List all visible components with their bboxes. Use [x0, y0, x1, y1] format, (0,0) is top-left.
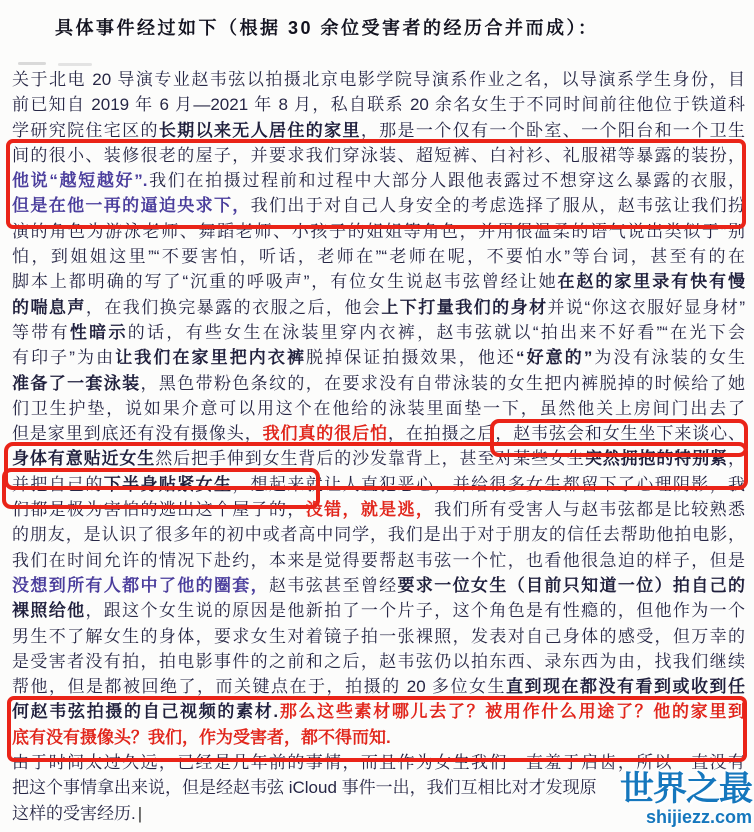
body-text: 等带有: [12, 323, 70, 342]
body-text: 的话，有些女生在泳装里穿内衣裤，赵韦弦就以“拍出来不好看”“在光下会: [128, 323, 745, 342]
watermark-brand: 世界之最: [620, 772, 752, 806]
bold-emphasis-text: “好意的”: [516, 348, 592, 367]
body-text: 我们所有受害人与赵韦弦都是比较熟悉: [434, 500, 745, 519]
text-line: 帮他，但是都被回绝了，而关键点在于，拍摄的 20 多位女生直到现在都没有看到或收…: [12, 674, 745, 699]
body-text: 赵韦弦甚至曾经: [269, 576, 398, 595]
body-text: ，: [728, 449, 745, 468]
text-line: 们都是极为害怕的逃出这个屋子的，没错，就是逃，我们所有受害人与赵韦弦都是比较熟悉: [12, 497, 745, 522]
body-text: 把这个事情拿出来说，但是经赵韦弦 iCloud 事件一出，我们互相比对才发现原: [12, 778, 597, 797]
text-line: 间的很小、装修很老的屋子，并要求我们穿泳装、超短裤、白衬衫、礼服裙等暴露的装扮，: [12, 143, 745, 168]
violet-emphasis-text: 没想到所有人都中了他的圈套，: [12, 576, 269, 595]
body-text: 演的角色为游泳老师、舞蹈老师、小孩子的姐姐等角色，并用很温柔的语气说出类似于“别: [12, 222, 745, 241]
bold-emphasis-text: 长期以来无人居住的家里: [159, 121, 361, 140]
text-line: 等带有性暗示的话，有些女生在泳装里穿内衣裤，赵韦弦就以“拍出来不好看”“在光下会: [12, 320, 745, 345]
red-emphasis-text: 那么这些素材哪儿去了？被用作什么用途了？他的家里到: [278, 702, 745, 721]
bold-emphasis-text: 让我们在家里把内衣裤: [115, 348, 306, 367]
body-text: 关于北电 20 导演专业赵韦弦以拍摄北京电影学院导演系作业之名，以导演系学生身份…: [12, 70, 745, 89]
bold-emphasis-text: 直到现在都没有看到或收到任: [506, 677, 745, 696]
text-line: 的喘息声，在我们换完暴露的衣服之后，他会上下打量我们的身材并说“你这衣服好显身材…: [12, 295, 745, 320]
bold-emphasis-text: 的喘息声: [12, 298, 86, 317]
body-text: 我们出于对自己人身安全的考虑选择了服从，赵韦弦让我们扮: [251, 196, 745, 215]
body-text: 是受害者没有拍，拍电影事件的之前和之后，赵韦弦仍以拍东西、录东西为由，找我们继续: [12, 652, 745, 671]
bold-emphasis-text: 下半身贴紧女生: [104, 475, 233, 494]
bold-emphasis-text: 身体有意贴近女生: [12, 449, 155, 468]
body-text: 的朋友，是认识了很多年的初中或者高中同学，我们是出于对于朋友的信任去帮助他拍电影…: [12, 525, 745, 544]
body-text: 这样的受害经历.: [12, 804, 136, 823]
body-text: 前已知自 2019 年 6 月—2021 年 8 月，私自联系 20 余名女生于…: [12, 95, 745, 114]
watermark-site: shijiezz.com: [620, 808, 752, 826]
bold-emphasis-text: 上下打量我们的身材: [381, 298, 547, 317]
violet-emphasis-text: 但是在他一再的逼迫央求下，: [12, 196, 251, 215]
body-text: 学研究院住宅区的: [12, 121, 159, 140]
body-text: 男生不了解女生的身体，要求女生对着镜子拍一张裸照，发表对自己身体的感受，但万幸的: [12, 627, 745, 646]
text-line: 裸照给他，跟这个女生说的原因是他新拍了一个片子，这个角色是有性瘾的，但他作为一个: [12, 598, 745, 623]
body-text: 为没有泳装的女生: [592, 348, 745, 367]
text-line: 是受害者没有拍，拍电影事件的之前和之后，赵韦弦仍以拍东西、录东西为由，找我们继续: [12, 649, 745, 674]
body-text: 我们在时间允许的情况下赴约，本来是觉得要帮赵韦弦一个忙，也看他很急迫的样子，但是: [12, 551, 745, 570]
text-line: 们卫生护垫，说如果介意可以用这个在他给的泳装里面垫一下，虽然他关上房间门出去了: [12, 396, 745, 421]
text-line: 准备了一套泳装，黑色带粉色条纹的，在要求没有自带泳装的女生把内裤脱掉的时候给了她: [12, 371, 745, 396]
body-text: 们都是极为害怕的逃出这个屋子的，: [12, 500, 306, 519]
text-line: 底有没有摄像头？我们，作为受害者，都不得而知.: [12, 725, 745, 750]
text-line: 学研究院住宅区的长期以来无人居住的家里，那是一个仅有一个卧室、一个阳台和一个卫生: [12, 118, 745, 143]
text-cursor: |: [138, 804, 142, 823]
body-text: 并把自己的: [12, 475, 104, 494]
document-body: 关于北电 20 导演专业赵韦弦以拍摄北京电影学院导演系作业之名，以导演系学生身份…: [12, 67, 745, 826]
body-text: 脚本上都明确的写了“沉重的呼吸声”，有位女生说赵韦弦曾经让她: [12, 272, 558, 291]
body-text: 有印子”为由: [12, 348, 115, 367]
text-line: 身体有意贴近女生然后把手伸到女生背后的沙发靠背上，甚至对某些女生突然拥抱的特别紧…: [12, 446, 745, 471]
body-text: 怕，到姐姐这里”“不要害怕，听话，老师在”“老师在呢，不要怕水”等台词，甚至有的…: [12, 247, 745, 266]
red-emphasis-text: 没错，就是逃，: [306, 500, 435, 519]
scan-artifact: [58, 63, 92, 66]
text-line: 演的角色为游泳老师、舞蹈老师、小孩子的姐姐等角色，并用很温柔的语气说出类似于“别: [12, 219, 745, 244]
document-title: 具体事件经过如下（根据 30 余位受害者的经历合并而成）：: [55, 14, 599, 40]
text-line: 男生不了解女生的身体，要求女生对着镜子拍一张裸照，发表对自己身体的感受，但万幸的: [12, 624, 745, 649]
text-line: 何赵韦弦拍摄的自己视频的素材.那么这些素材哪儿去了？被用作什么用途了？他的家里到: [12, 699, 745, 724]
body-text: ，想起来就让人直犯恶心，并给很多女生都留下了心理阴影，我: [232, 475, 745, 494]
bold-emphasis-text: 在赵的家里录有快有慢: [558, 272, 745, 291]
text-line: 但是在他一再的逼迫央求下，我们出于对自己人身安全的考虑选择了服从，赵韦弦让我们扮: [12, 193, 745, 218]
body-text: 帮他，但是都被回绝了，而关键点在于，拍摄的 20 多位女生: [12, 677, 506, 696]
body-text: 并说“你这衣服好显身材”: [548, 298, 745, 317]
body-text: ，黑色带粉色条纹的，在要求没有自带泳装的女生把内裤脱掉的时候给了她: [141, 374, 746, 393]
body-text: 然后把手伸到女生背后的沙发靠背上，甚至对某些女生: [155, 449, 585, 468]
red-emphasis-text: 我们真的很后怕: [263, 424, 388, 443]
body-text: ，在我们换完暴露的衣服之后，他会: [86, 298, 381, 317]
body-text: 我们在拍摄过程前和过程中大部分人跟他表露过不想穿这么暴露的衣服，: [147, 171, 745, 190]
text-line: 我们在时间允许的情况下赴约，本来是觉得要帮赵韦弦一个忙，也看他很急迫的样子，但是: [12, 548, 745, 573]
body-text: 们卫生护垫，说如果介意可以用这个在他给的泳装里面垫一下，虽然他关上房间门出去了: [12, 399, 745, 418]
violet-emphasis-text: 他说“越短越好”.: [12, 171, 147, 190]
body-text: 间的很小、装修很老的屋子，并要求我们穿泳装、超短裤、白衬衫、礼服裙等暴露的装扮，: [12, 146, 745, 165]
text-line: 并把自己的下半身贴紧女生，想起来就让人直犯恶心，并给很多女生都留下了心理阴影，我: [12, 472, 745, 497]
text-line: 脚本上都明确的写了“沉重的呼吸声”，有位女生说赵韦弦曾经让她在赵的家里录有快有慢: [12, 269, 745, 294]
red-emphasis-text: 底有没有摄像头？我们，作为受害者，都不得而知.: [12, 728, 391, 747]
text-line: 但是家里到底还有没有摄像头，我们真的很后怕，在拍摄之后，赵韦弦会和女生坐下来谈心…: [12, 421, 745, 446]
bold-emphasis-text: 何赵韦弦拍摄的自己视频的素材.: [12, 702, 278, 721]
body-text: ，跟这个女生说的原因是他新拍了一个片子，这个角色是有性瘾的，但他作为一个: [85, 601, 745, 620]
text-line: 怕，到姐姐这里”“不要害怕，听话，老师在”“老师在呢，不要怕水”等台词，甚至有的…: [12, 244, 745, 269]
body-text: ，那是一个仅有一个卧室、一个阳台和一个卫生: [361, 121, 745, 140]
body-text: 但是家里到底还有没有摄像头，: [12, 424, 263, 443]
bold-emphasis-text: 裸照给他: [12, 601, 85, 620]
bold-emphasis-text: 准备了一套泳装: [12, 374, 141, 393]
bold-emphasis-text: 突然拥抱的特别紧: [585, 449, 728, 468]
text-line: 前已知自 2019 年 6 月—2021 年 8 月，私自联系 20 余名女生于…: [12, 92, 745, 117]
bold-emphasis-text: 性暗示: [70, 323, 128, 342]
body-text: 脱掉保证拍摄效果，他还: [306, 348, 516, 367]
scan-artifact: [18, 62, 46, 65]
watermark: 世界之最 shijiezz.com: [620, 772, 752, 826]
document-page: 具体事件经过如下（根据 30 余位受害者的经历合并而成）： 关于北电 20 导演…: [0, 0, 754, 832]
text-line: 关于北电 20 导演专业赵韦弦以拍摄北京电影学院导演系作业之名，以导演系学生身份…: [12, 67, 745, 92]
bold-emphasis-text: 要求一位女生（目前只知道一位）拍自己的: [398, 576, 745, 595]
body-text: ，在拍摄之后，赵韦弦会和女生坐下来谈心、: [388, 424, 745, 443]
text-line: 有印子”为由让我们在家里把内衣裤脱掉保证拍摄效果，他还“好意的”为没有泳装的女生: [12, 345, 745, 370]
text-line: 没想到所有人都中了他的圈套，赵韦弦甚至曾经要求一位女生（目前只知道一位）拍自己的: [12, 573, 745, 598]
text-line: 他说“越短越好”.我们在拍摄过程前和过程中大部分人跟他表露过不想穿这么暴露的衣服…: [12, 168, 745, 193]
text-line: 的朋友，是认识了很多年的初中或者高中同学，我们是出于对于朋友的信任去帮助他拍电影…: [12, 522, 745, 547]
